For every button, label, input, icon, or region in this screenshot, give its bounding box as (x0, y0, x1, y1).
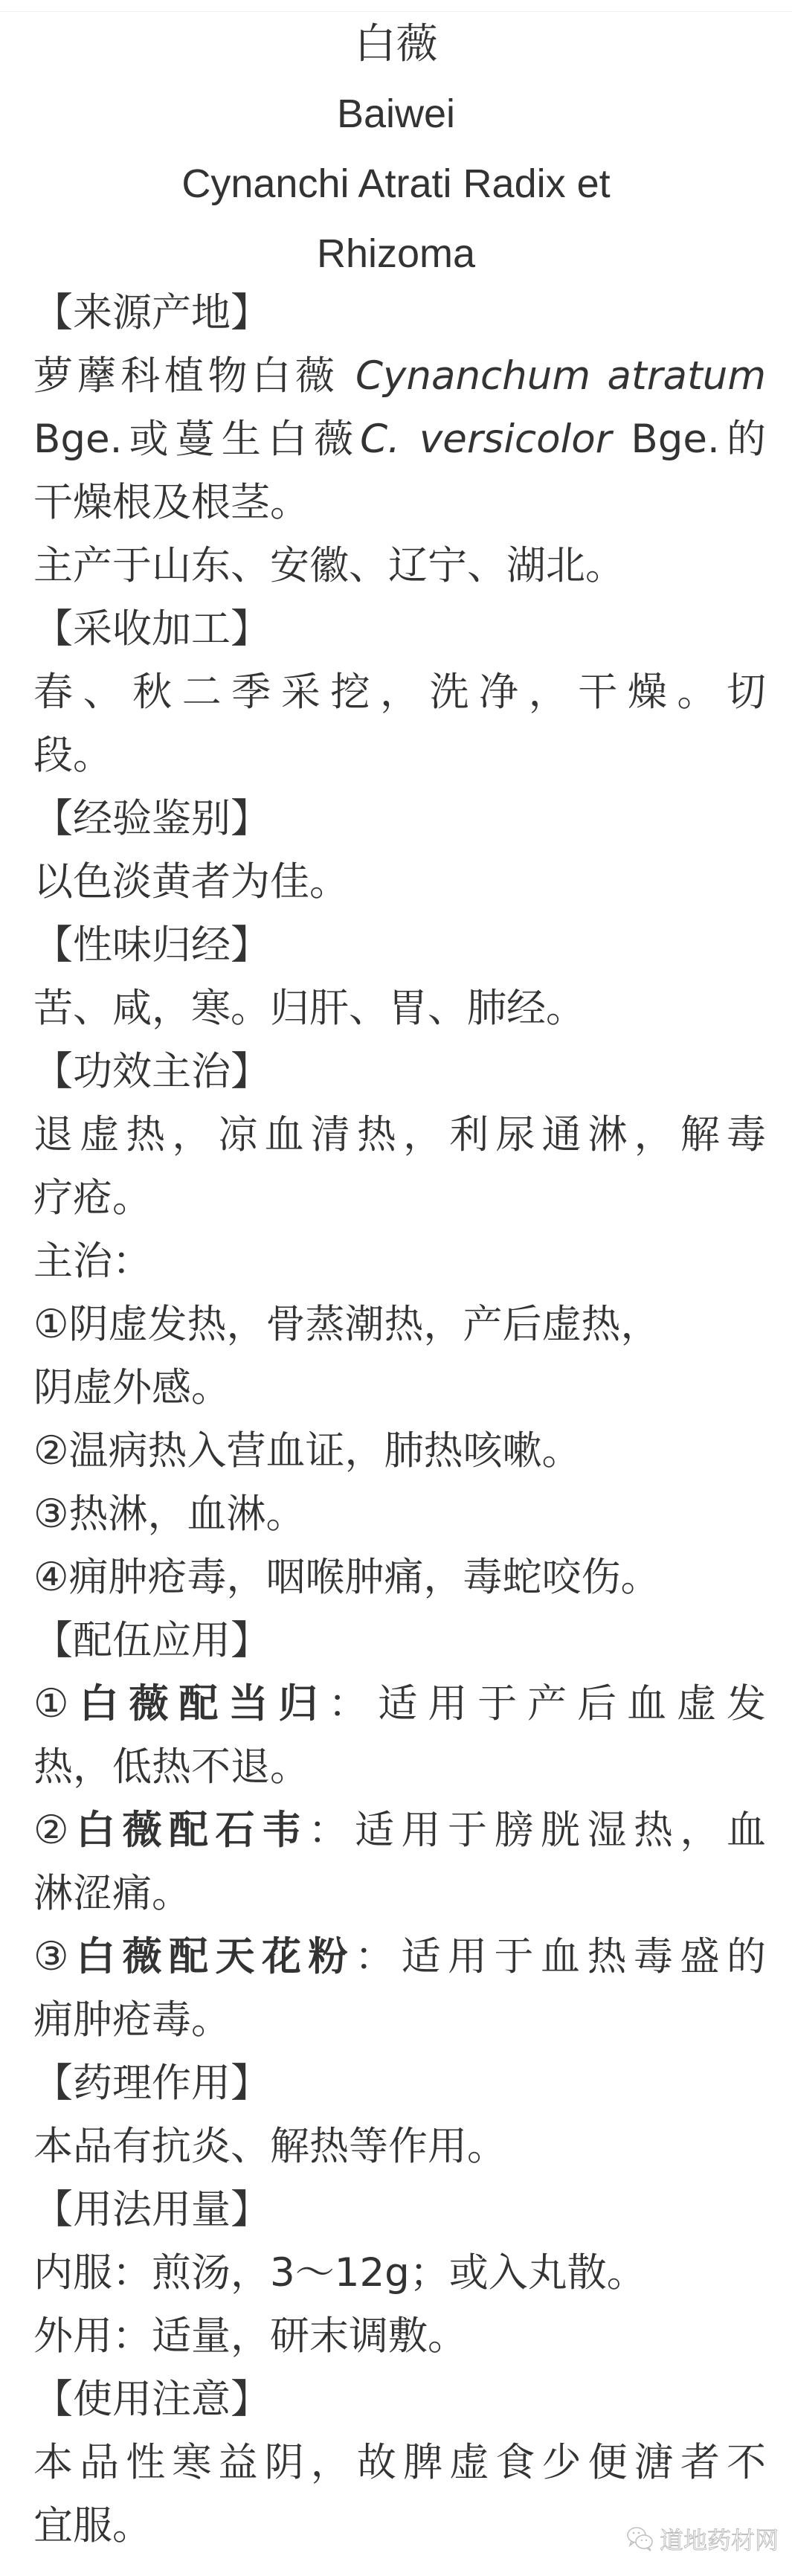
source-line-1: 萝藦科植物白薇 Cynanchum atratum (33, 344, 766, 408)
harvest-line-2: 段。 (33, 724, 766, 787)
efficacy-line-1: 退虚热，凉血清热，利尿通淋，解毒 (33, 1103, 766, 1166)
item-number: ① (33, 1681, 79, 1727)
source-text: 萝藦科植物白薇 (33, 353, 355, 399)
item-number: ④ (33, 1555, 69, 1600)
species-name-latin-2: C. versicolor (360, 417, 611, 462)
identification-line-1: 以色淡黄者为佳。 (33, 850, 766, 913)
dosage-internal: 内服：煎汤，3～12g；或入丸散。 (33, 2241, 766, 2304)
title-block: 白薇 Baiwei Cynanchi Atrati Radix et Rhizo… (0, 9, 792, 289)
source-line-2: Bge.或蔓生白薇C. versicolor Bge.的 (33, 408, 766, 471)
species-name-latin: Cynanchum atratum (355, 353, 766, 399)
item-number: ① (33, 1302, 69, 1347)
combination-item-2: ②白薇配石韦：适用于膀胱湿热，血 (33, 1799, 766, 1862)
pharmacology-line-1: 本品有抗炎、解热等作用。 (33, 2115, 766, 2178)
title-latin-line2: Rhizoma (0, 219, 792, 289)
title-latin-line1: Cynanchi Atrati Radix et (0, 149, 792, 219)
herb-pair-name: 白薇配当归 (79, 1681, 328, 1727)
source-text: Bge.的 (611, 417, 766, 462)
section-header-pharmacology: 【药理作用】 (33, 2052, 766, 2115)
indication-item-2: ②温病热入营血证，肺热咳嗽。 (33, 1419, 766, 1483)
wechat-icon (625, 2524, 655, 2554)
item-number: ② (33, 1428, 69, 1474)
section-header-harvest: 【采收加工】 (33, 597, 766, 661)
colon: ： (355, 1934, 402, 1979)
item-text: 痈肿疮毒，咽喉肿痛，毒蛇咬伤。 (69, 1555, 660, 1600)
combination-item-2-cont: 淋涩痛。 (33, 1862, 766, 1925)
item-text: 适用于血热毒盛的 (402, 1934, 767, 1979)
source-text: Bge.或蔓生白薇 (33, 417, 360, 462)
indication-item-1: ①阴虚发热，骨蒸潮热，产后虚热， (33, 1293, 766, 1356)
caution-line-1: 本品性寒益阴，故脾虚食少便溏者不 (33, 2431, 766, 2494)
section-header-identification: 【经验鉴别】 (33, 787, 766, 850)
colon: ： (309, 1808, 355, 1853)
title-pinyin: Baiwei (0, 79, 792, 149)
indication-item-3: ③热淋，血淋。 (33, 1483, 766, 1546)
title-chinese: 白薇 (0, 9, 792, 79)
item-number: ③ (33, 1491, 69, 1537)
item-number: ③ (33, 1934, 76, 1979)
nature-line-1: 苦、咸，寒。归肝、胃、肺经。 (33, 977, 766, 1040)
combination-item-3-cont: 痈肿疮毒。 (33, 1988, 766, 2052)
origin-line: 主产于山东、安徽、辽宁、湖北。 (33, 534, 766, 597)
indication-item-4: ④痈肿疮毒，咽喉肿痛，毒蛇咬伤。 (33, 1546, 766, 1609)
dosage-external: 外用：适量，研末调敷。 (33, 2304, 766, 2368)
item-text: 适用于产后血虚发 (378, 1681, 766, 1727)
harvest-line-1: 春、秋二季采挖，洗净，干燥。切 (33, 661, 766, 724)
section-header-nature: 【性味归经】 (33, 913, 766, 977)
indications-label: 主治： (33, 1230, 766, 1293)
watermark-text: 道地药材网 (660, 2522, 779, 2556)
item-text: 阴虚发热，骨蒸潮热，产后虚热， (69, 1302, 660, 1347)
watermark: 道地药材网 (625, 2520, 779, 2557)
section-header-combination: 【配伍应用】 (33, 1609, 766, 1672)
herb-pair-name: 白薇配天花粉 (76, 1934, 355, 1979)
colon: ： (328, 1681, 378, 1727)
section-header-dosage: 【用法用量】 (33, 2178, 766, 2241)
combination-item-1: ①白薇配当归：适用于产后血虚发 (33, 1672, 766, 1735)
section-header-efficacy: 【功效主治】 (33, 1040, 766, 1103)
item-number: ② (33, 1808, 76, 1853)
section-header-source: 【来源产地】 (33, 281, 766, 344)
indication-item-1-cont: 阴虚外感。 (33, 1356, 766, 1419)
item-text: 适用于膀胱湿热，血 (355, 1808, 766, 1853)
source-line-3: 干燥根及根茎。 (33, 471, 766, 534)
section-header-caution: 【使用注意】 (33, 2368, 766, 2431)
combination-item-3: ③白薇配天花粉：适用于血热毒盛的 (33, 1925, 766, 1988)
article-body: 【来源产地】 萝藦科植物白薇 Cynanchum atratum Bge.或蔓生… (33, 281, 766, 2557)
item-text: 热淋，血淋。 (69, 1491, 306, 1537)
efficacy-line-2: 疗疮。 (33, 1166, 766, 1230)
herb-pair-name: 白薇配石韦 (76, 1808, 309, 1853)
combination-item-1-cont: 热，低热不退。 (33, 1735, 766, 1799)
item-text: 温病热入营血证，肺热咳嗽。 (69, 1428, 582, 1474)
